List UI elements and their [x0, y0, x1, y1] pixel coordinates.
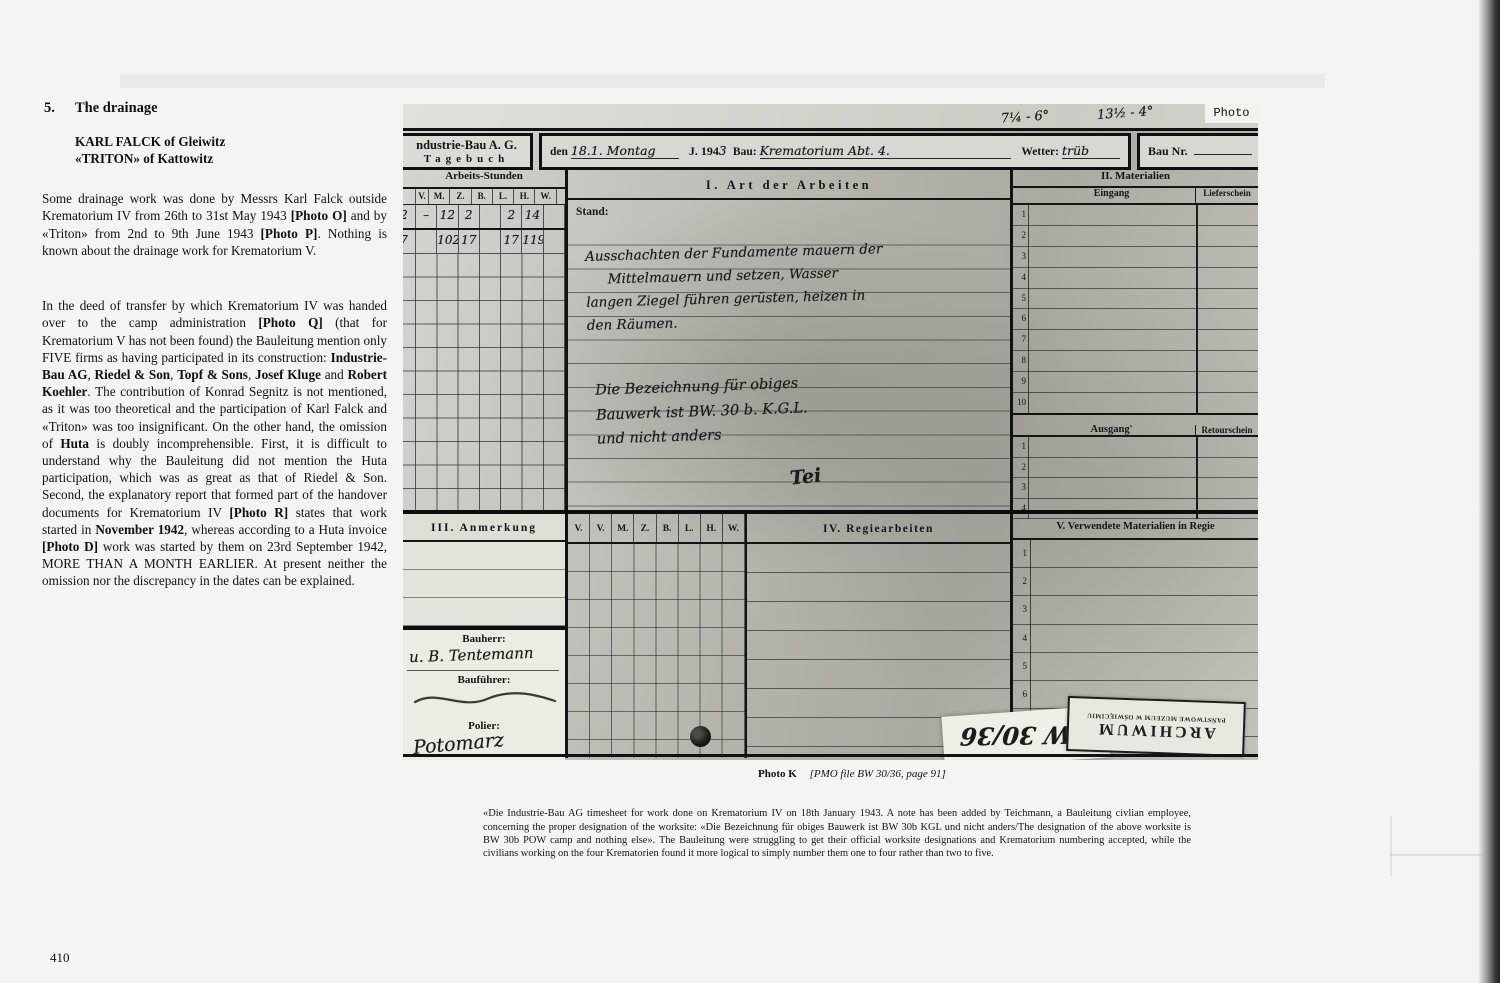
- eingang-row: 7: [1013, 330, 1258, 351]
- hours-value: [544, 205, 565, 228]
- eingang-row: 6: [1013, 309, 1258, 330]
- mid-column-letter: H.: [701, 514, 723, 542]
- row-number: 5: [1013, 289, 1026, 308]
- row-number-column: [1013, 188, 1028, 203]
- baufuehrer-signature-squiggle: [411, 686, 559, 717]
- arbeits-stunden-title: Arbeits-Stunden: [403, 170, 565, 189]
- handwritten-teichmann-note: Die Bezeichnung für obigesBauwerk ist BW…: [595, 371, 809, 452]
- mid-column-headers: V.V.M.Z.B.L.H.W.: [568, 514, 745, 544]
- ausgang-row: 1: [1013, 437, 1258, 458]
- verwendete-row: 1: [1013, 540, 1258, 568]
- verwendete-row: 2: [1013, 568, 1258, 596]
- bau-label: Bau:: [733, 146, 757, 158]
- stand-label: Stand:: [576, 206, 609, 218]
- date-label: den: [550, 146, 568, 158]
- row-number: 2: [1013, 458, 1026, 477]
- hours-row-2: 71021717119: [403, 230, 565, 254]
- photo-corner-label: Photo: [1205, 104, 1258, 123]
- handwritten-date: 18.1. Montag: [571, 143, 679, 159]
- section-heading: 5.The drainage: [44, 100, 389, 117]
- photo-caption-reference: [PMO file BW 30/36, page 91]: [810, 768, 946, 780]
- print-bleed-band: [120, 74, 1325, 88]
- handwritten-year-digit: 3: [719, 144, 733, 158]
- row-number: 3: [1013, 478, 1026, 497]
- hours-empty-grid: [403, 254, 565, 512]
- subtitle-line-2: «TRITON» of Kattowitz: [75, 150, 225, 167]
- hours-column-letter: H.: [514, 189, 535, 204]
- hours-value: [480, 205, 501, 228]
- row-number: 8: [1013, 351, 1026, 370]
- teichmann-signature: Tei: [789, 464, 822, 489]
- eingang-row: 3: [1013, 247, 1258, 268]
- row-number: 2: [1013, 226, 1026, 245]
- hours-value: –: [416, 205, 437, 228]
- eingang-row: 4: [1013, 268, 1258, 289]
- photo-caption-body: «Die Industrie-Bau AG timesheet for work…: [483, 807, 1191, 860]
- paragraph-1: Some drainage work was done by Messrs Ka…: [42, 190, 387, 259]
- row-number: 4: [1013, 268, 1026, 287]
- hours-column-letter: V.: [416, 189, 429, 204]
- eingang-label: Eingang: [1028, 188, 1195, 203]
- photo-caption-line: Photo K [PMO file BW 30/36, page 91]: [758, 768, 946, 780]
- subtitle-line-1: KARL FALCK of Gleiwitz: [75, 133, 225, 150]
- section-number: 5.: [44, 100, 75, 117]
- mid-hours-columns: V.V.M.Z.B.L.H.W.: [568, 514, 745, 758]
- signature-block: Bauherr: u. B. Tentemann Bauführer: Poli…: [403, 626, 565, 760]
- ausgang-rows: 1234: [1013, 437, 1258, 519]
- hours-column-letter: L.: [493, 189, 514, 204]
- bau-nr-box: Bau Nr.: [1137, 133, 1258, 170]
- row-number: 1: [1013, 437, 1026, 456]
- hours-value: 2: [459, 205, 480, 228]
- photo-caption-title: Photo K: [758, 768, 797, 780]
- hours-value: 7: [403, 230, 416, 253]
- form-top-border: [403, 128, 1258, 131]
- eingang-row: 2: [1013, 226, 1258, 247]
- hours-value: 17: [459, 230, 480, 253]
- row-number: 6: [1013, 309, 1026, 328]
- handwritten-wetter: trüb: [1062, 143, 1120, 159]
- anmerkung-title: III. Anmerkung: [403, 514, 565, 542]
- regiearbeiten-title: IV. Regiearbeiten: [747, 514, 1010, 544]
- section-subtitle: KARL FALCK of Gleiwitz «TRITON» of Katto…: [75, 133, 225, 167]
- row-number: 6: [1013, 681, 1027, 707]
- bau-nr-label: Bau Nr.: [1148, 144, 1188, 159]
- hours-column-letter: W.: [535, 189, 556, 204]
- handwritten-bau: Krematorium Abt. 4.: [760, 143, 1012, 159]
- row-number: 9: [1013, 372, 1026, 391]
- company-box: ndustrie-Bau A. G. Tagebuch: [403, 133, 533, 170]
- hours-row-1: 2–122214: [403, 205, 565, 230]
- lieferschein-label: Lieferschein: [1195, 188, 1258, 203]
- materialien-subheader: Eingang Lieferschein: [1013, 188, 1258, 205]
- row-number: 10: [1013, 393, 1026, 412]
- row-number: 1: [1013, 205, 1026, 224]
- row-number: 3: [1013, 596, 1027, 622]
- row-number: 5: [1013, 653, 1027, 679]
- ausgang-row: 2: [1013, 458, 1258, 479]
- timesheet-photo: 7¼ - 6° 13½ - 4° Photo ndustrie-Bau A. G…: [403, 104, 1258, 760]
- eingang-rows: 12345678910: [1013, 205, 1258, 415]
- handwritten-work-entry: Ausschachten der Fundamente mauern derMi…: [585, 238, 885, 338]
- row-number: 3: [1013, 247, 1026, 266]
- row-number: 7: [1013, 330, 1026, 349]
- form-bottom-border: [403, 754, 1258, 757]
- eingang-row: 10: [1013, 393, 1258, 415]
- eingang-row: 9: [1013, 372, 1258, 393]
- ausgang-row: 3: [1013, 478, 1258, 499]
- ausgang-subheader: Ausgang' Retourschein: [1013, 415, 1258, 437]
- anmerkung-section: III. Anmerkung Bauherr: u. B. Tentemann …: [403, 514, 568, 758]
- mid-column-letter: V.: [590, 514, 612, 542]
- hours-value: 102: [437, 230, 458, 253]
- verwendete-row: 3: [1013, 596, 1258, 624]
- arbeits-stunden-table: Arbeits-Stunden V.M.Z.B.L.H.W. 2–122214 …: [403, 170, 568, 510]
- mid-column-letter: B.: [657, 514, 679, 542]
- hours-value: 119: [522, 230, 543, 253]
- hours-value: 2: [403, 205, 416, 228]
- hours-value: 12: [437, 205, 458, 228]
- mid-column-letter: W.: [723, 514, 745, 542]
- materialien-section: II. Materialien Eingang Lieferschein 123…: [1010, 170, 1258, 510]
- art-der-arbeiten-section: I. Art der Arbeiten Stand: Ausschachten …: [568, 170, 1013, 510]
- mid-column-letter: L.: [679, 514, 701, 542]
- wetter-label: Wetter:: [1021, 146, 1059, 158]
- page-number: 410: [50, 950, 70, 966]
- section-title: The drainage: [75, 100, 158, 116]
- hours-column-headers: V.M.Z.B.L.H.W.: [403, 189, 565, 205]
- hours-column-letter: M.: [429, 189, 450, 204]
- row-number: 4: [1013, 625, 1027, 651]
- ausgang-label: Ausgang': [1028, 424, 1195, 435]
- verwendete-row: 4: [1013, 625, 1258, 653]
- company-subtitle: Tagebuch: [403, 153, 530, 165]
- company-name: ndustrie-Bau A. G.: [403, 138, 530, 153]
- date-header-box: den 18.1. Montag J. 194 3 Bau: Krematori…: [539, 133, 1131, 170]
- art-der-arbeiten-title: I. Art der Arbeiten: [568, 170, 1010, 200]
- eingang-row: 8: [1013, 351, 1258, 372]
- hours-value: 14: [522, 205, 543, 228]
- mid-column-letter: Z.: [634, 514, 656, 542]
- bau-nr-blank: [1194, 154, 1252, 155]
- hours-value: [544, 230, 565, 253]
- materialien-title: II. Materialien: [1013, 170, 1258, 188]
- retourschein-label: Retourschein: [1195, 425, 1258, 435]
- archive-stamp: ARCHIWUM PAŃSTWOWE MUZEUM W OŚWIĘCIMIU: [1066, 696, 1246, 757]
- bauherr-label: Bauherr:: [403, 633, 565, 645]
- mid-column-letter: M.: [612, 514, 634, 542]
- year-label: J. 194: [689, 144, 719, 159]
- hours-value: [480, 230, 501, 253]
- print-bleed-vertical: [1390, 816, 1392, 876]
- row-number: 2: [1013, 568, 1027, 594]
- hours-value: 17: [501, 230, 522, 253]
- signature-rule: [407, 670, 559, 671]
- baufuehrer-label: Bauführer:: [403, 674, 565, 686]
- eingang-row: 1: [1013, 205, 1258, 226]
- mid-grid: [568, 544, 745, 758]
- row-number: 1: [1013, 540, 1027, 566]
- hours-column-letter: B.: [472, 189, 493, 204]
- hours-value: 2: [501, 205, 522, 228]
- hours-column-letter: Z.: [450, 189, 471, 204]
- hole-punch-mark: [690, 726, 711, 747]
- hours-value: [416, 230, 437, 253]
- verwendete-row: 5: [1013, 653, 1258, 681]
- anmerkung-ruled-area: [403, 542, 565, 626]
- verwendete-materialien-title: V. Verwendete Materialien in Regie: [1013, 514, 1258, 540]
- bauherr-signature: u. B. Tentemann: [409, 644, 534, 666]
- paragraph-2: In the deed of transfer by which Kremato…: [42, 297, 387, 589]
- mid-column-letter: V.: [568, 514, 590, 542]
- eingang-row: 5: [1013, 289, 1258, 310]
- book-page-edge-shadow: [1478, 0, 1500, 983]
- hours-edge-cell: [403, 189, 416, 204]
